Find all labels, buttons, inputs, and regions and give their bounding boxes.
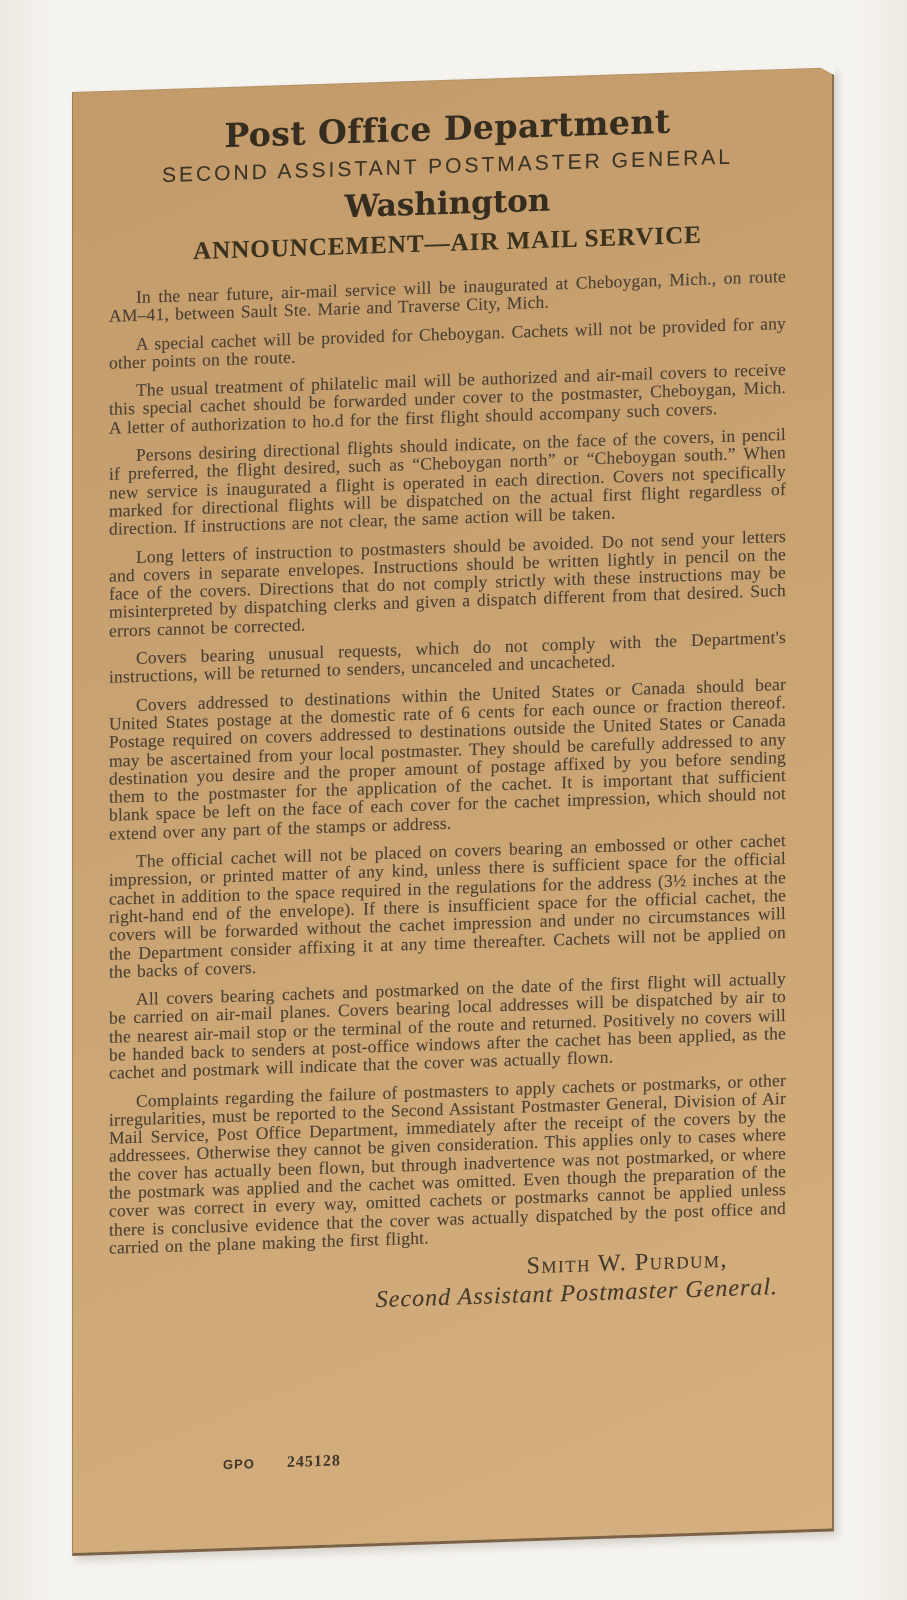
gpo-imprint: GPO245128 <box>223 1452 341 1474</box>
body-paragraph: Covers addressed to destinations within … <box>109 675 786 843</box>
body-paragraph: All covers bearing cachets and postmarke… <box>109 969 786 1082</box>
body-paragraph: Long letters of instruction to postmaste… <box>109 527 786 640</box>
card-content: Post Office Department SECOND ASSISTANT … <box>73 68 832 1553</box>
gpo-label: GPO <box>223 1456 255 1472</box>
body-paragraph: Persons desiring directional flights sho… <box>109 425 786 538</box>
announcement-body: In the near future, air-mail service wil… <box>109 267 786 1257</box>
gpo-number: 245128 <box>287 1452 341 1471</box>
body-paragraph: The usual treatment of philatelic mail w… <box>109 360 786 437</box>
signature-block: Smith W. Purdum, Second Assistant Postma… <box>109 1245 786 1323</box>
announcement-card: Post Office Department SECOND ASSISTANT … <box>72 67 834 1556</box>
scan-background: Post Office Department SECOND ASSISTANT … <box>0 0 907 1600</box>
body-paragraph: The official cachet will not be placed o… <box>109 831 786 981</box>
body-paragraph: Complaints regarding the failure of post… <box>109 1071 786 1258</box>
document-header: Post Office Department SECOND ASSISTANT … <box>109 100 786 269</box>
